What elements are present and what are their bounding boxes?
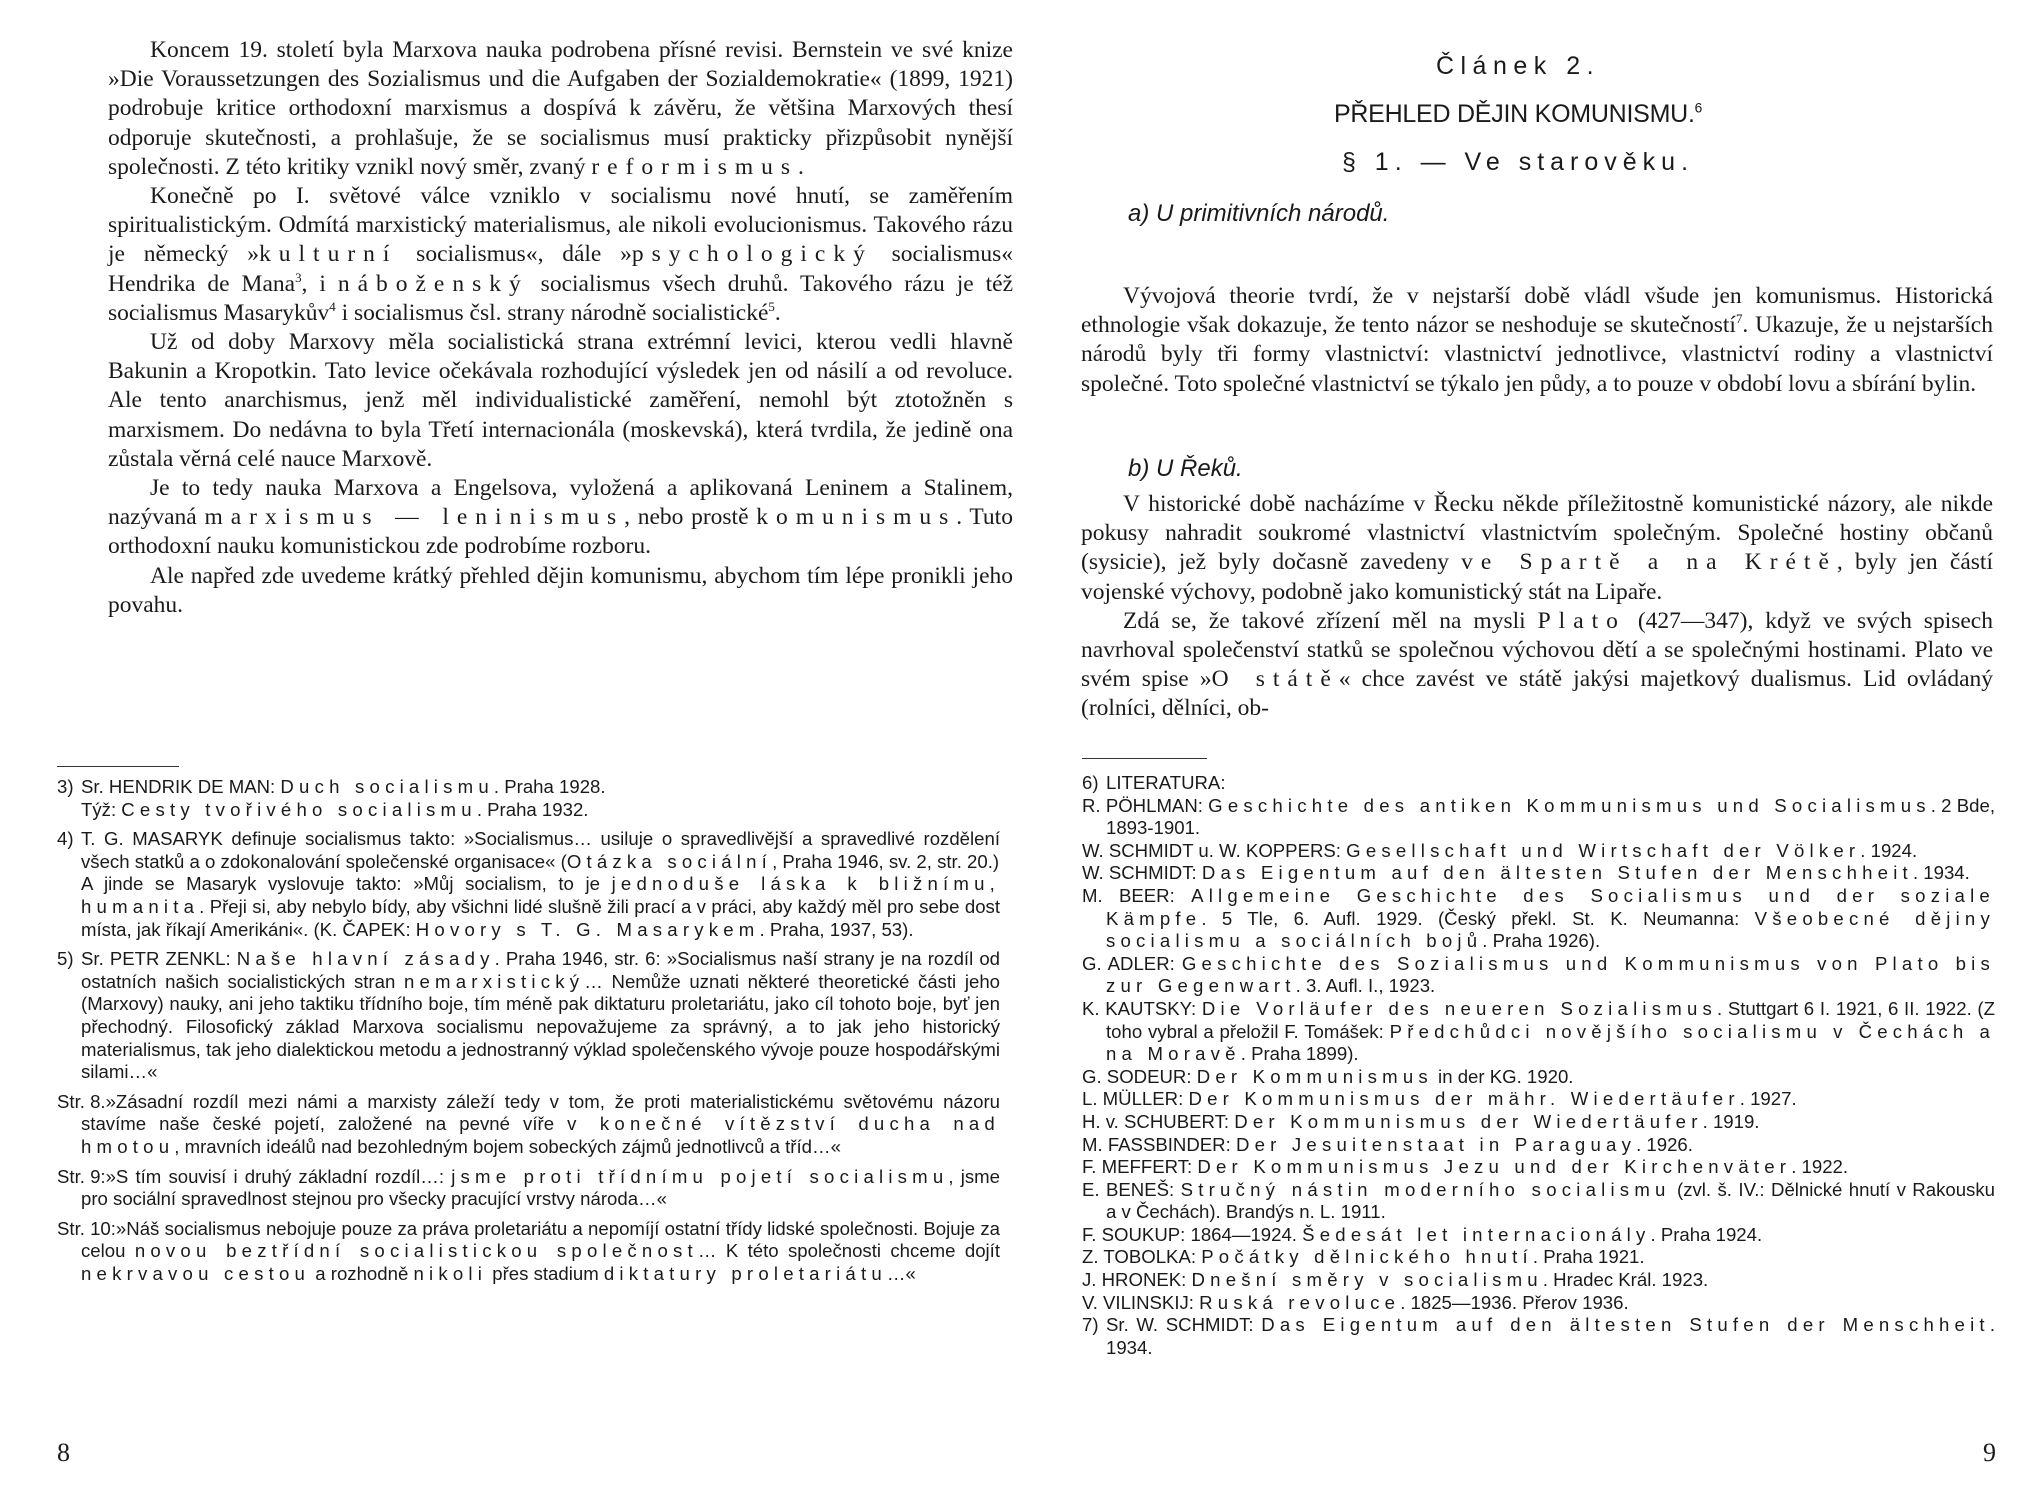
- subsection-b-body: V historické době nacházíme v Řecku někd…: [1081, 490, 1993, 724]
- text-run: »S tím souvisí i druhý základní rozdíl…:: [106, 1166, 452, 1187]
- text-run: . 1934.: [1913, 862, 1970, 883]
- text-run: Týž:: [81, 799, 121, 820]
- emphasized-text: Šedesát let internacionály: [1302, 1224, 1650, 1245]
- text-run: W. SCHMIDT u. W. KOPPERS:: [1082, 840, 1346, 861]
- footnote-mark: 4): [57, 828, 81, 851]
- page-number: 8: [57, 1438, 70, 1468]
- emphasized-text: kulturní: [259, 241, 397, 267]
- footnote: J. HRONEK: Dnešní směry v socialismu. Hr…: [1082, 1269, 1995, 1292]
- text-run: G. ADLER:: [1082, 953, 1182, 974]
- text-run: J. HRONEK:: [1082, 1269, 1192, 1290]
- text-run: Sr. W. SCHMIDT:: [1106, 1314, 1261, 1335]
- emphasized-text: Die Vorläufer des neueren Sozialismus: [1202, 998, 1717, 1019]
- paragraph: Je to tedy nauka Marxova a Engelsova, vy…: [108, 474, 1013, 562]
- text-run: V. VILINSKIJ:: [1082, 1292, 1199, 1313]
- footnote: R. PÖHLMAN: Geschichte des antiken Kommu…: [1082, 795, 1995, 840]
- emphasized-text: nemarxistický: [404, 971, 584, 992]
- footnote-ref: 6: [1695, 101, 1702, 116]
- text-run: i socialismus čsl. strany národně social…: [336, 300, 769, 326]
- text-run: .: [775, 300, 781, 326]
- left-page: Koncem 19. století byla Marxova nauka po…: [0, 0, 1012, 1500]
- footnote: F. MEFFERT: Der Kommunismus Jezu und der…: [1082, 1156, 1995, 1179]
- emphasized-text: novou beztřídní socialistickou společnos…: [135, 1240, 698, 1261]
- left-page-body: Koncem 19. století byla Marxova nauka po…: [108, 36, 1013, 620]
- text-run: . 1825—1936. Přerov 1936.: [1400, 1292, 1628, 1313]
- text-run: , Praha 1946, sv. 2, str. 20.): [772, 851, 999, 872]
- emphasized-text: Stručný nástin moderního socialismu: [1181, 1179, 1671, 1200]
- section-heading: § 1. — Ve starověku.: [1012, 148, 2024, 177]
- paragraph: Vývojová theorie tvrdí, že v nejstarší d…: [1081, 282, 1993, 399]
- footnote-mark: 6): [1082, 772, 1106, 795]
- footnote: E. BENEŠ: Stručný nástin moderního socia…: [1082, 1179, 1995, 1224]
- emphasized-text: Otázka sociální: [567, 851, 772, 872]
- text-run: , i: [302, 271, 338, 297]
- subsection-heading-a: a) U primitivních národů.: [1128, 200, 1389, 228]
- footnote-continuation: Týž: Cesty tvořivého socialismu. Praha 1…: [57, 799, 1000, 822]
- text-run: .: [798, 154, 804, 180]
- footnote-separator: [57, 766, 179, 768]
- footnote: W. SCHMIDT u. W. KOPPERS: Gesellschaft u…: [1082, 840, 1995, 863]
- page-number: 9: [1983, 1438, 1996, 1468]
- text-run: Koncem 19. století byla Marxova nauka po…: [108, 37, 1013, 180]
- footnote-continuation: A jinde se Masaryk vyslovuje takto: »Můj…: [57, 873, 1000, 941]
- text-run: M. BEER:: [1082, 885, 1191, 906]
- text-run: . 5 Tle, 6. Aufl. 1929. (Český překl. St…: [1201, 908, 1754, 929]
- footnote: V. VILINSKIJ: Ruská revoluce. 1825—1936.…: [1082, 1292, 1995, 1315]
- emphasized-text: Ruská revoluce: [1199, 1292, 1400, 1313]
- text-run: . Hradec Král. 1923.: [1543, 1269, 1708, 1290]
- text-run: in der KG. 1920.: [1433, 1066, 1574, 1087]
- emphasized-text: nekrvavou cestou: [81, 1263, 310, 1284]
- text-run: F. SOUKUP: 1864—1924.: [1082, 1224, 1302, 1245]
- emphasized-text: Geschichte des Sozialismus und Kommunism…: [1106, 953, 1995, 997]
- text-run: . 1919.: [1703, 1111, 1760, 1132]
- text-run: E. BENEŠ:: [1082, 1179, 1181, 1200]
- text-run: L. MÜLLER:: [1082, 1088, 1188, 1109]
- text-run: Sr. PETR ZENKL:: [81, 948, 237, 969]
- text-run: . Praha 1926).: [1482, 930, 1600, 951]
- paragraph: Koncem 19. století byla Marxova nauka po…: [108, 36, 1013, 182]
- footnote-mark: 5): [57, 948, 81, 971]
- text-run: . Praha 1928.: [494, 776, 606, 797]
- emphasized-text: marxismus — leninismus: [204, 504, 624, 530]
- text-run: F. MEFFERT:: [1082, 1156, 1197, 1177]
- emphasized-text: diktatury proletariátu: [604, 1263, 887, 1284]
- footnote: 6) LITERATURA:: [1082, 772, 1995, 795]
- footnote-mark: 7): [1082, 1314, 1106, 1337]
- emphasized-text: Der Kommunismus Jezu und der Kirchenväte…: [1197, 1156, 1791, 1177]
- paragraph: Ale napřed zde uvedeme krátký přehled dě…: [108, 562, 1013, 620]
- emphasized-text: Das Eigentum auf den ältesten Stufen der…: [1202, 862, 1913, 883]
- emphasized-text: Das Eigentum auf den ältesten Stufen der…: [1261, 1314, 1990, 1335]
- footnote-mark: Str. 9:: [57, 1166, 106, 1189]
- footnote-mark: 3): [57, 776, 81, 799]
- emphasized-text: nikoli: [413, 1263, 487, 1284]
- paragraph: Zdá se, že takové zřízení měl na mysli P…: [1081, 607, 1993, 724]
- text-run: . 1922.: [1791, 1156, 1848, 1177]
- text-run: W. SCHMIDT:: [1082, 862, 1202, 883]
- emphasized-text: Gesellschaft und Wirtschaft der Völker: [1346, 840, 1860, 861]
- text-run: . Praha 1899).: [1241, 1043, 1359, 1064]
- footnote: 7) Sr. W. SCHMIDT: Das Eigentum auf den …: [1082, 1314, 1995, 1359]
- emphasized-text: Duch socialismu: [280, 776, 494, 797]
- footnote-mark: Str. 8.: [57, 1091, 106, 1114]
- text-run: , mravních ideálů nad bezohledným bojem …: [174, 1136, 841, 1157]
- footnote: L. MÜLLER: Der Kommunismus der mähr. Wie…: [1082, 1088, 1995, 1111]
- paragraph: V historické době nacházíme v Řecku někd…: [1081, 490, 1993, 607]
- emphasized-text: Naše hlavní zásady: [237, 948, 495, 969]
- emphasized-text: O státě: [1212, 666, 1339, 692]
- emphasized-text: Počátky dělnického hnutí: [1201, 1246, 1533, 1267]
- chapter-title: PŘEHLED DĚJIN KOMUNISMU.6: [1012, 100, 2024, 129]
- text-run: přes stadium: [487, 1263, 604, 1284]
- emphasized-text: Der Kommunismus der Wiedertäufer: [1234, 1111, 1702, 1132]
- chapter-title-text: PŘEHLED DĚJIN KOMUNISMU.: [1334, 100, 1695, 128]
- text-run: socialismus«, dále »: [397, 241, 631, 267]
- footnote-separator: [1082, 758, 1207, 760]
- text-run: LITERATURA:: [1106, 772, 1226, 793]
- footnote: Str. 9: »S tím souvisí i druhý základní …: [57, 1166, 1000, 1211]
- emphasized-text: ve Spartě a na Krétě: [1461, 549, 1837, 575]
- text-run: . 1926.: [1636, 1134, 1693, 1155]
- text-run: Už od doby Marxovy měla socialistická st…: [108, 329, 1013, 472]
- emphasized-text: komunismus: [756, 504, 956, 530]
- text-run: R. PÖHLMAN:: [1082, 795, 1208, 816]
- text-run: Zdá se, že takové zřízení měl na mysli: [1123, 608, 1538, 634]
- text-run: Sr. HENDRIK DE MAN:: [81, 776, 280, 797]
- footnote-mark: Str. 10:: [57, 1218, 116, 1241]
- text-run: . 1924.: [1860, 840, 1917, 861]
- footnote: G. SODEUR: Der Kommunismus in der KG. 19…: [1082, 1066, 1995, 1089]
- text-run: . Praha 1924.: [1650, 1224, 1762, 1245]
- right-page-footnotes: 6) LITERATURA:R. PÖHLMAN: Geschichte des…: [1082, 772, 1995, 1359]
- paragraph: Konečně po I. světové válce vzniklo v so…: [108, 182, 1013, 328]
- text-run: . Praha, 1937, 53).: [759, 919, 913, 940]
- emphasized-text: Der Kommunismus der mähr. Wiedertäufer: [1188, 1088, 1739, 1109]
- text-run: H. v. SCHUBERT:: [1082, 1111, 1234, 1132]
- text-run: . 1927.: [1740, 1088, 1797, 1109]
- text-run: …«: [887, 1263, 916, 1284]
- text-run: . Praha 1932.: [477, 799, 589, 820]
- emphasized-text: jsme proti třídnímu pojetí socialismu: [451, 1166, 948, 1187]
- footnote: F. SOUKUP: 1864—1924. Šedesát let intern…: [1082, 1224, 1995, 1247]
- text-run: M. FASSBINDER:: [1082, 1134, 1236, 1155]
- footnote: Str. 10: »Náš socialismus nebojuje pouze…: [57, 1218, 1000, 1286]
- article-label: Článek 2.: [1012, 52, 2024, 81]
- emphasized-text: Cesty tvořivého socialismu: [121, 799, 477, 820]
- text-run: . 3. Aufl. I., 1923.: [1296, 975, 1436, 996]
- text-run: . Praha 1921.: [1533, 1246, 1645, 1267]
- paragraph: Už od doby Marxovy měla socialistická st…: [108, 328, 1013, 474]
- emphasized-text: Plato: [1538, 608, 1626, 634]
- text-run: Z. TOBOLKA:: [1082, 1246, 1201, 1267]
- footnote: M. FASSBINDER: Der Jesuitenstaat in Para…: [1082, 1134, 1995, 1157]
- text-run: G. SODEUR:: [1082, 1066, 1197, 1087]
- footnote: Z. TOBOLKA: Počátky dělnického hnutí. Pr…: [1082, 1246, 1995, 1269]
- text-run: K. KAUTSKY:: [1082, 998, 1202, 1019]
- text-run: Ale napřed zde uvedeme krátký přehled dě…: [108, 563, 1013, 618]
- footnote: M. BEER: Allgemeine Geschichte des Socia…: [1082, 885, 1995, 953]
- footnote: G. ADLER: Geschichte des Sozialismus und…: [1082, 953, 1995, 998]
- emphasized-text: Hovory s T. G. Masarykem: [416, 919, 760, 940]
- footnote: H. v. SCHUBERT: Der Kommunismus der Wied…: [1082, 1111, 1995, 1134]
- text-run: A jinde se Masaryk vyslovuje takto: »Můj…: [81, 873, 612, 894]
- footnote: 4) T. G. MASARYK definuje socialismus ta…: [57, 828, 1000, 873]
- emphasized-text: Geschichte des antiken Kommunismus und S…: [1208, 795, 1931, 816]
- footnote: W. SCHMIDT: Das Eigentum auf den älteste…: [1082, 862, 1995, 885]
- footnote: K. KAUTSKY: Die Vorläufer des neueren So…: [1082, 998, 1995, 1066]
- subsection-heading-b: b) U Řeků.: [1128, 455, 1243, 483]
- emphasized-text: reformismus: [591, 154, 798, 180]
- footnote: Str. 8. »Zásadní rozdíl mezi námi a marx…: [57, 1091, 1000, 1159]
- left-page-footnotes: 3) Sr. HENDRIK DE MAN: Duch socialismu. …: [57, 776, 1000, 1285]
- emphasized-text: psychologický: [632, 241, 873, 267]
- text-run: … K této společnosti chceme dojít: [698, 1240, 1000, 1261]
- emphasized-text: Der Kommunismus: [1197, 1066, 1433, 1087]
- text-run: a rozhodně: [310, 1263, 413, 1284]
- emphasized-text: náboženský: [338, 271, 529, 297]
- subsection-a-body: Vývojová theorie tvrdí, že v nejstarší d…: [1081, 282, 1993, 399]
- right-page: Článek 2. PŘEHLED DĚJIN KOMUNISMU.6 § 1.…: [1012, 0, 2024, 1500]
- emphasized-text: Dnešní směry v socialismu: [1192, 1269, 1543, 1290]
- footnote: 3) Sr. HENDRIK DE MAN: Duch socialismu. …: [57, 776, 1000, 799]
- text-run: , nebo prostě: [624, 504, 756, 530]
- footnote: 5) Sr. PETR ZENKL: Naše hlavní zásady. P…: [57, 948, 1000, 1084]
- emphasized-text: Der Jesuitenstaat in Paraguay: [1236, 1134, 1636, 1155]
